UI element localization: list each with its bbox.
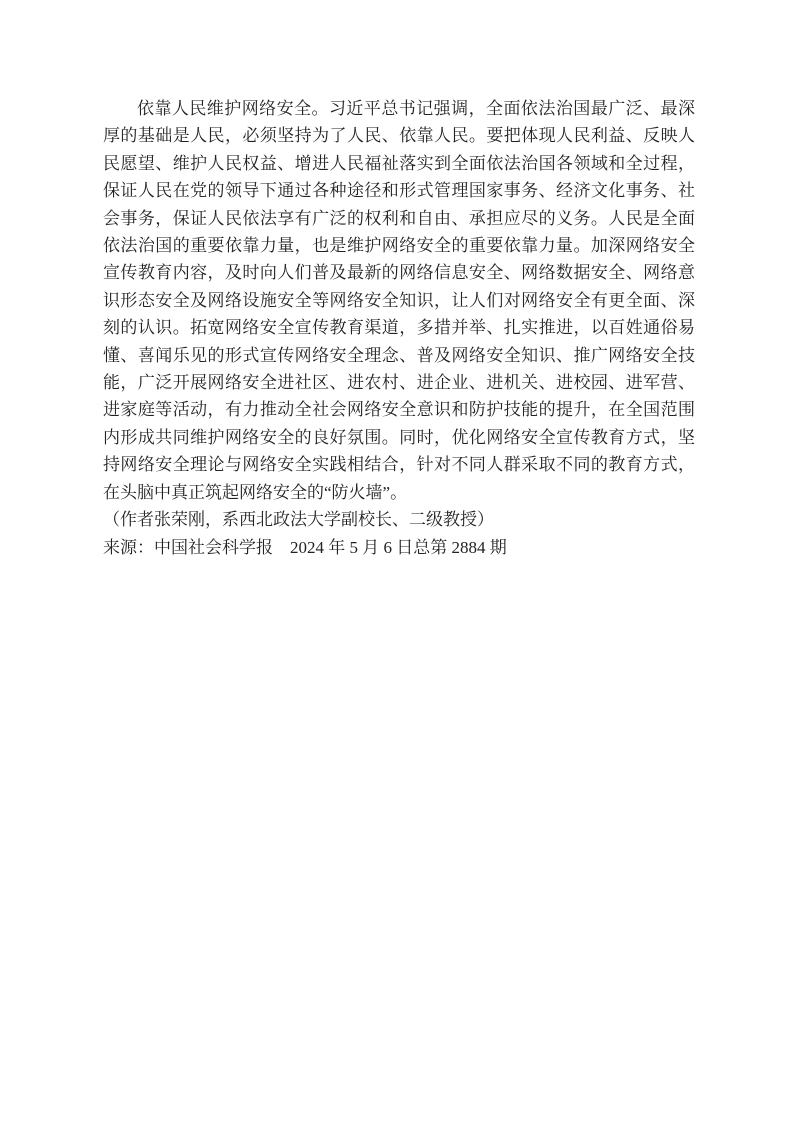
document-text-block: 依靠人民维护网络安全。习近平总书记强调，全面依法治国最广泛、最深厚的基础是人民，… — [103, 95, 695, 561]
body-paragraph: 依靠人民维护网络安全。习近平总书记强调，全面依法治国最广泛、最深厚的基础是人民，… — [103, 95, 695, 506]
source-line: 来源：中国社会科学报 2024 年 5 月 6 日总第 2884 期 — [103, 534, 695, 561]
author-attribution-line: （作者张荣刚，系西北政法大学副校长、二级教授） — [103, 506, 695, 533]
document-page: 依靠人民维护网络安全。习近平总书记强调，全面依法治国最广泛、最深厚的基础是人民，… — [0, 0, 793, 1122]
